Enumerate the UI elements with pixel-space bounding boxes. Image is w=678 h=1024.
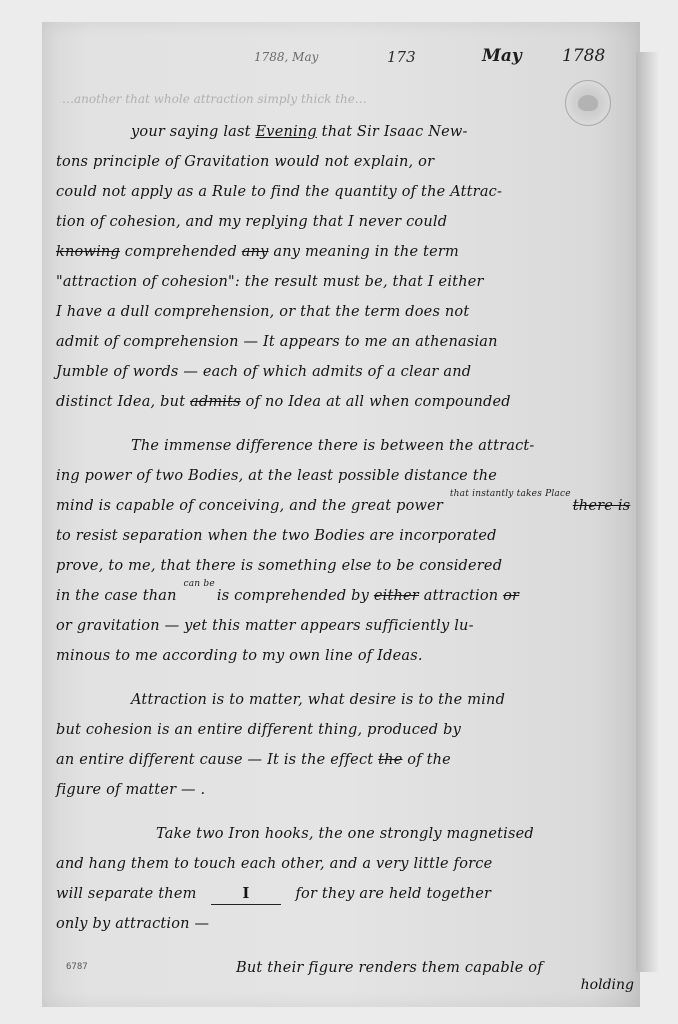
manuscript-line: I have a dull comprehension, or that the… — [56, 297, 636, 327]
date-month: May — [482, 46, 522, 66]
manuscript-line: or gravitation — yet this matter appears… — [56, 611, 636, 641]
catchword: holding — [581, 977, 634, 993]
manuscript-line: could not apply as a Rule to find the qu… — [56, 177, 636, 207]
interlinear-insertion: that instantly takes Place — [450, 490, 571, 499]
manuscript-line: and hang them to touch each other, and a… — [56, 849, 636, 879]
figure-mark: I — [211, 884, 281, 905]
catalog-number: 6787 — [66, 962, 88, 972]
page-header: 1788, May 173 May 1788 …another that who… — [42, 44, 640, 84]
manuscript-line: tons principle of Gravitation would not … — [56, 147, 636, 177]
manuscript-line: your saying last Evening that Sir Isaac … — [56, 117, 636, 147]
manuscript-line: distinct Idea, but admits of no Idea at … — [56, 387, 636, 417]
line-text: for they are held together — [295, 886, 491, 902]
manuscript-line: Jumble of words — each of which admits o… — [56, 357, 636, 387]
manuscript-page: 1788, May 173 May 1788 …another that who… — [42, 22, 640, 1007]
manuscript-line: tion of cohesion, and my replying that I… — [56, 207, 636, 237]
date-year: 1788 — [562, 46, 605, 66]
line-text: will separate them — [56, 886, 197, 902]
manuscript-line: minous to me according to my own line of… — [56, 641, 636, 671]
reference-note: 1788, May — [254, 50, 318, 64]
manuscript-line: Attraction is to matter, what desire is … — [56, 685, 636, 715]
manuscript-line: figure of matter — . — [56, 775, 636, 805]
letter-body: your saying last Evening that Sir Isaac … — [56, 117, 636, 983]
manuscript-line: "attraction of cohesion": the result mus… — [56, 267, 636, 297]
manuscript-line: in the case than can beis comprehended b… — [56, 581, 636, 611]
manuscript-line: Take two Iron hooks, the one strongly ma… — [56, 819, 636, 849]
manuscript-line: prove, to me, that there is something el… — [56, 551, 636, 581]
manuscript-line: ing power of two Bodies, at the least po… — [56, 461, 636, 491]
bleedthrough-text: …another that whole attraction simply th… — [62, 92, 582, 106]
manuscript-line: knowing comprehended any any meaning in … — [56, 237, 636, 267]
folio-number: 173 — [387, 48, 416, 66]
manuscript-line: The immense difference there is between … — [56, 431, 636, 461]
manuscript-line: an entire different cause — It is the ef… — [56, 745, 636, 775]
manuscript-line: will separate them I for they are held t… — [56, 879, 636, 909]
manuscript-line: admit of comprehension — It appears to m… — [56, 327, 636, 357]
manuscript-line: only by attraction — — [56, 909, 636, 939]
manuscript-line: but cohesion is an entire different thin… — [56, 715, 636, 745]
interlinear-insertion: can be — [184, 580, 215, 589]
manuscript-line: to resist separation when the two Bodies… — [56, 521, 636, 551]
manuscript-line: But their figure renders them capable of — [56, 953, 636, 983]
manuscript-line: mind is capable of conceiving, and the g… — [56, 491, 636, 521]
